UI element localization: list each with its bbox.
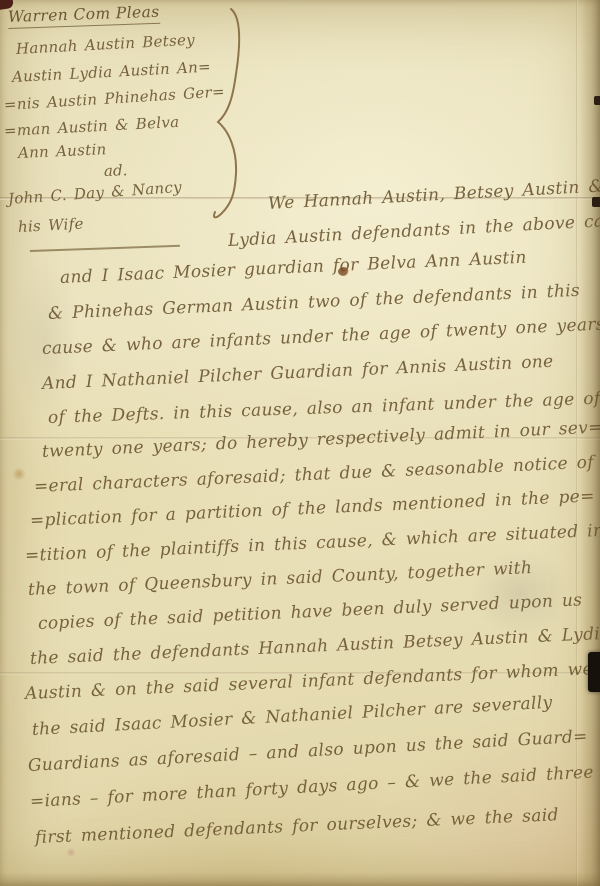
manuscript-line: & Phinehas German Austin two of the defe… [48, 281, 581, 324]
caption-defendants-line: Austin Lydia Austin An= [12, 58, 212, 86]
versus-label: ad. [104, 161, 128, 180]
court-heading: Warren Com Pleas [8, 3, 160, 29]
manuscript-line: And I Nathaniel Pilcher Guardian for Ann… [42, 352, 554, 394]
edge-tab-artifact [588, 652, 600, 692]
flourish-line [30, 245, 180, 252]
page-edge-bottom [0, 872, 600, 886]
manuscript-line: the town of Queensbury in said County, t… [28, 558, 533, 600]
caption-brace [203, 6, 251, 224]
caption-defendants-line: Hannah Austin Betsey [16, 31, 196, 58]
paper-stain [66, 848, 76, 857]
caption-defendants-line: =man Austin & Belva [4, 113, 180, 140]
caption-defendants-line: =nis Austin Phinehas Ger= [3, 83, 225, 114]
manuscript-line: We Hannah Austin, Betsey Austin & [267, 176, 600, 214]
manuscript-line: and I Isaac Mosier guardian for Belva An… [60, 248, 528, 288]
page-edge-right [580, 0, 600, 886]
paper-stain [12, 468, 26, 480]
manuscript-page: Warren Com Pleas Hannah Austin Betsey Au… [0, 0, 600, 886]
caption-plaintiffs-line: his Wife [18, 215, 85, 236]
ink-stain [338, 267, 349, 276]
manuscript-line: Lydia Austin defendants in the above cau… [227, 210, 600, 251]
caption-plaintiffs-line: John C. Day & Nancy [7, 178, 182, 208]
vertical-crease [576, 0, 578, 886]
caption-defendants-line: Ann Austin [18, 140, 107, 162]
edge-speck-artifact [594, 96, 600, 105]
edge-speck-artifact [592, 197, 600, 207]
manuscript-line: first mentioned defendants for ourselves… [35, 805, 560, 848]
